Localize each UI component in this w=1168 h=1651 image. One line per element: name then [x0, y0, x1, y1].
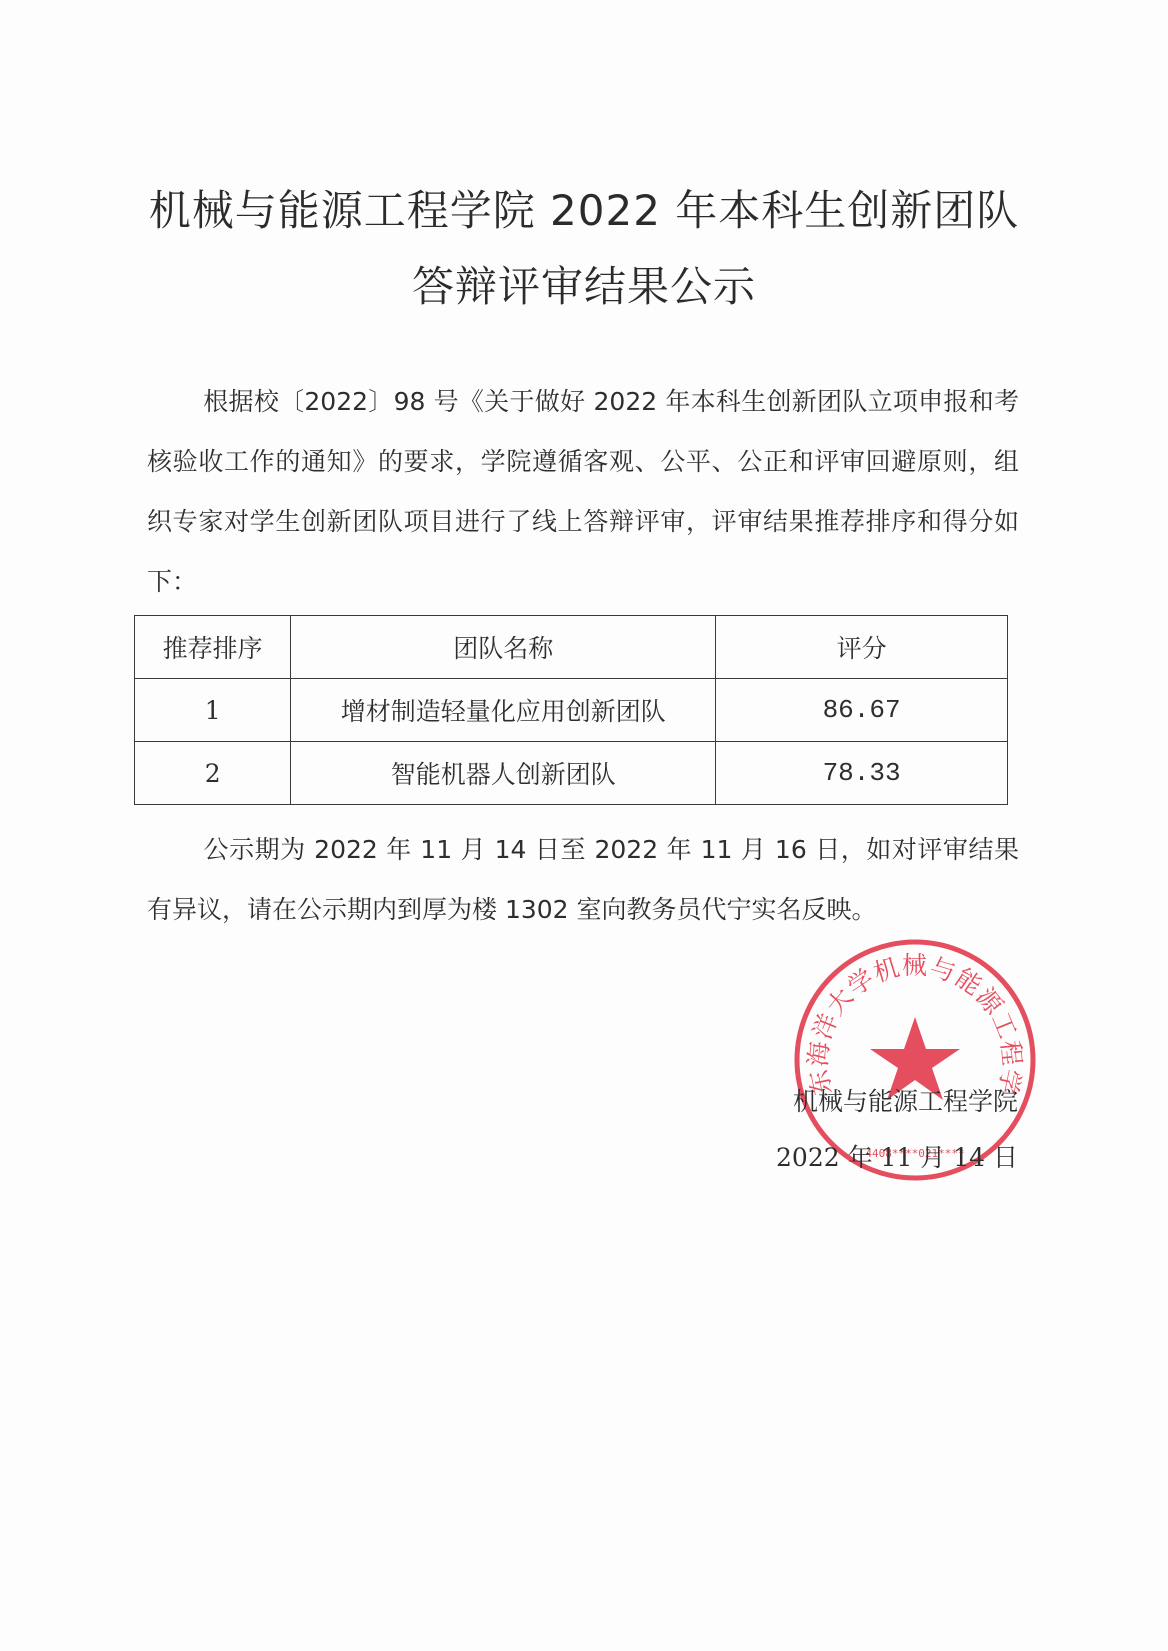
results-table: 推荐排序 团队名称 评分 1 增材制造轻量化应用创新团队 86.67 2 智能机… [134, 615, 1008, 805]
notice-paragraph-text: 公示期为 2022 年 11 月 14 日至 2022 年 11 月 16 日，… [147, 835, 1019, 924]
intro-paragraph: 根据校〔2022〕98 号《关于做好 2022 年本科生创新团队立项申报和考核验… [147, 372, 1019, 612]
cell-score: 78.33 [716, 742, 1008, 805]
table-header-row: 推荐排序 团队名称 评分 [135, 616, 1008, 679]
cell-score: 86.67 [716, 679, 1008, 742]
header-rank: 推荐排序 [135, 616, 291, 679]
document-title-line1: 机械与能源工程学院 2022 年本科生创新团队 [0, 178, 1168, 238]
cell-rank: 1 [135, 679, 291, 742]
signature-date: 2022 年 11 月 14 日 [776, 1138, 1018, 1174]
document-page: 机械与能源工程学院 2022 年本科生创新团队 答辩评审结果公示 根据校〔202… [0, 0, 1168, 1651]
table-row: 1 增材制造轻量化应用创新团队 86.67 [135, 679, 1008, 742]
document-title-line2: 答辩评审结果公示 [0, 254, 1168, 314]
header-score: 评分 [716, 616, 1008, 679]
table-row: 2 智能机器人创新团队 78.33 [135, 742, 1008, 805]
header-team-name: 团队名称 [291, 616, 716, 679]
cell-team-name: 智能机器人创新团队 [291, 742, 716, 805]
cell-team-name: 增材制造轻量化应用创新团队 [291, 679, 716, 742]
intro-paragraph-text: 根据校〔2022〕98 号《关于做好 2022 年本科生创新团队立项申报和考核验… [147, 387, 1019, 596]
notice-paragraph: 公示期为 2022 年 11 月 14 日至 2022 年 11 月 16 日，… [147, 820, 1019, 940]
signature-organization: 机械与能源工程学院 [793, 1082, 1018, 1118]
cell-rank: 2 [135, 742, 291, 805]
